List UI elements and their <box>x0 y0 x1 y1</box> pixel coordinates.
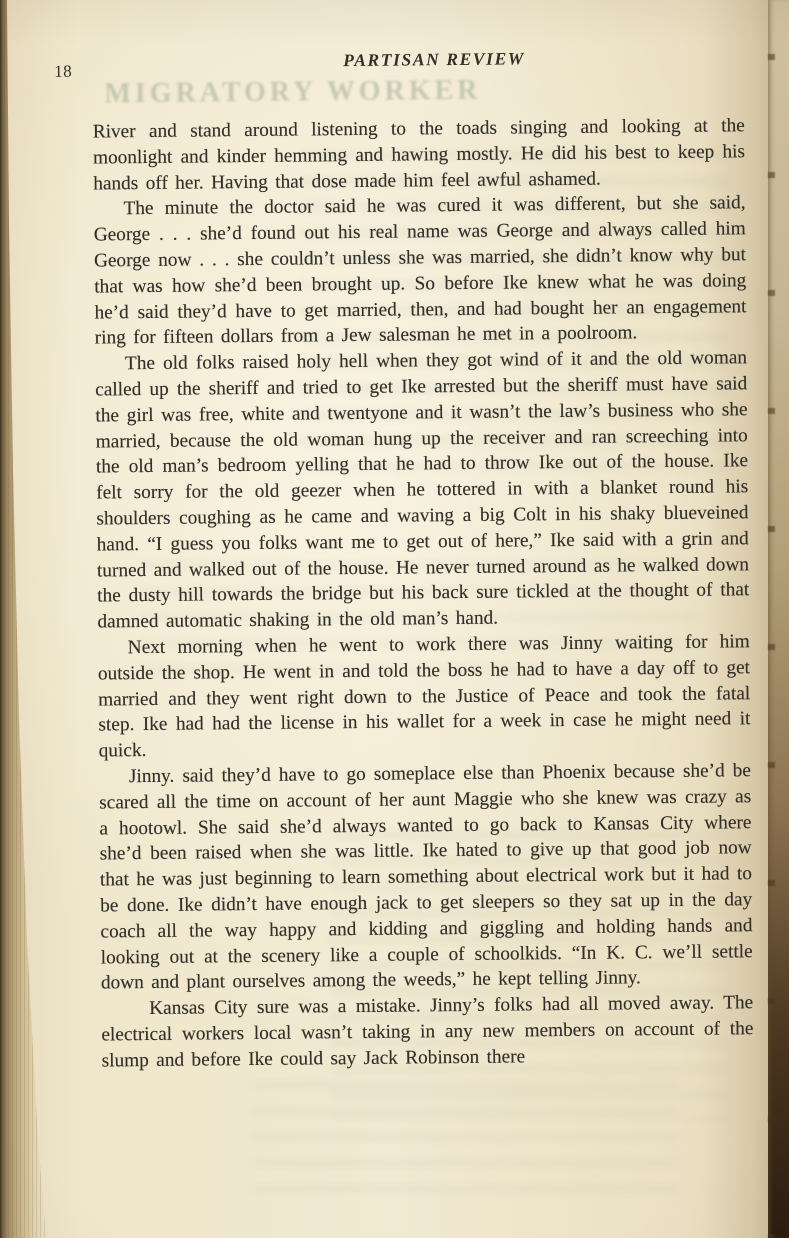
page-number: 18 <box>54 62 72 82</box>
book-page-edges-left <box>0 0 46 1238</box>
bleedthrough-title: MIGRATORY WORKER <box>104 75 481 111</box>
story-paragraph: The old folks raised holy hell when they… <box>95 345 750 635</box>
story-paragraph: Kansas City sure was a mistake. Jinny’s … <box>101 990 754 1074</box>
story-paragraph: Jinny. said they’d have to go someplace … <box>99 758 753 996</box>
page-content: 18 PARTISAN REVIEW MIGRATORY WORKER Rive… <box>92 46 754 1074</box>
story-paragraph: River and stand around listening to the … <box>93 113 746 197</box>
book-page-scan: 18 PARTISAN REVIEW MIGRATORY WORKER Rive… <box>0 0 789 1238</box>
story-paragraph: Next morning when he went to work there … <box>98 629 751 764</box>
book-page-edge-right <box>768 0 789 1238</box>
story-text: River and stand around listening to the … <box>93 113 754 1074</box>
bleedthrough-smudge <box>250 1080 680 1200</box>
running-header-title: PARTISAN REVIEW <box>108 46 760 73</box>
story-paragraph: The minute the doctor said he was cured … <box>93 191 746 352</box>
